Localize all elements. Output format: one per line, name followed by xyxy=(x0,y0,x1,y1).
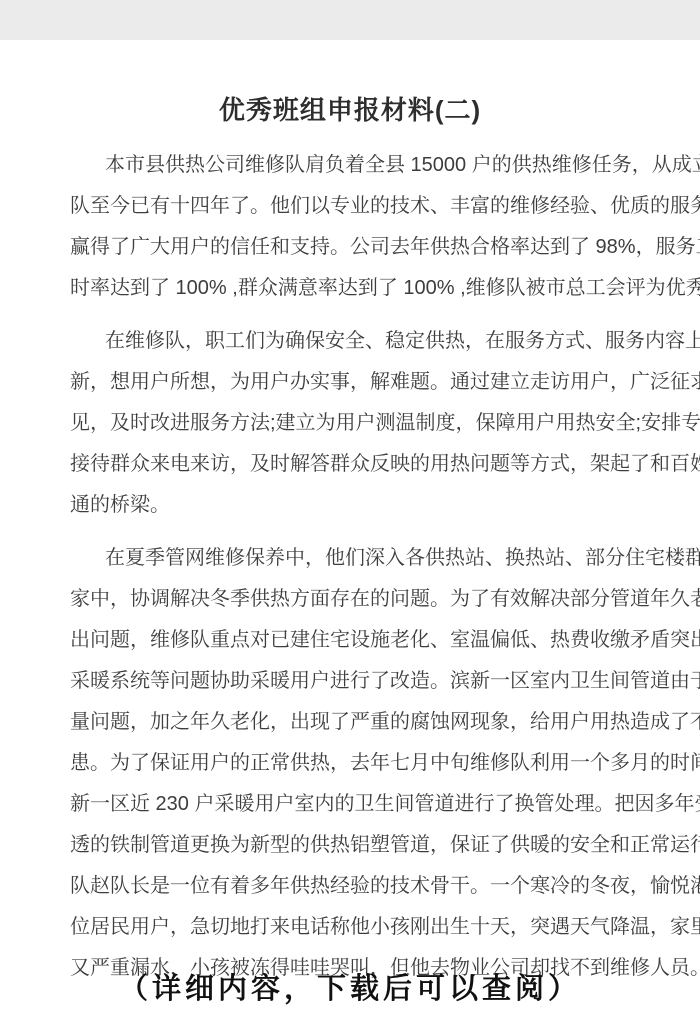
text-line: 采暖系统等问题协助采暖用户进行了改造。滨新一区室内卫生间管道由于材料质 xyxy=(70,661,630,702)
text-line: 量问题，加之年久老化，出现了严重的腐蚀网现象，给用户用热造成了不安全隐 xyxy=(70,702,630,743)
text-line: 接待群众来电来访，及时解答群众反映的用热问题等方式，架起了和百姓之间沟 xyxy=(70,444,630,485)
text-line: 赢得了广大用户的信任和支持。公司去年供热合格率达到了 98%，服务工作及 xyxy=(70,227,630,268)
footer-note: （详细内容，下载后可以查阅） xyxy=(0,974,700,1004)
text-line: 队赵队长是一位有着多年供热经验的技术骨干。一个寒冷的冬夜，愉悦港湾的一 xyxy=(70,866,630,907)
text-line: 出问题，维修队重点对已建住宅设施老化、室温偏低、热费收缴矛盾突出的室内 xyxy=(70,620,630,661)
paragraph: 在夏季管网维修保养中，他们深入各供热站、换热站、部分住宅楼群、居民家中，协调解决… xyxy=(70,538,630,989)
document-title: 优秀班组申报材料(二) xyxy=(0,93,700,127)
text-line: 在夏季管网维修保养中，他们深入各供热站、换热站、部分住宅楼群、居民 xyxy=(70,538,630,579)
paragraph: 在维修队，职工们为确保安全、稳定供热，在服务方式、服务内容上不断创新，想用户所想… xyxy=(70,321,630,526)
text-line: 通的桥梁。 xyxy=(70,485,630,526)
document-body: 本市县供热公司维修队肩负着全县 15000 户的供热维修任务，从成立维修队至今已… xyxy=(70,145,630,989)
text-line: 见，及时改进服务方法;建立为用户测温制度，保障用户用热安全;安排专人负责 xyxy=(70,403,630,444)
text-line: 时率达到了 100% ,群众满意率达到了 100% ,维修队被市总工会评为优秀班… xyxy=(70,268,630,309)
top-band xyxy=(0,0,700,40)
text-line: 位居民用户，急切地打来电话称他小孩刚出生十天，突遇天气降温，家里暖气片 xyxy=(70,907,630,948)
text-line: 新一区近 230 户采暖用户室内的卫生间管道进行了换管处理。把因多年受潮锈 xyxy=(70,784,630,825)
paragraph: 本市县供热公司维修队肩负着全县 15000 户的供热维修任务，从成立维修队至今已… xyxy=(70,145,630,309)
text-line: 在维修队，职工们为确保安全、稳定供热，在服务方式、服务内容上不断创 xyxy=(70,321,630,362)
text-line: 透的铁制管道更换为新型的供热铝塑管道，保证了供暖的安全和正常运行。维修 xyxy=(70,825,630,866)
text-line: 患。为了保证用户的正常供热，去年七月中旬维修队利用一个多月的时间，对滨 xyxy=(70,743,630,784)
document-page: 优秀班组申报材料(二) 本市县供热公司维修队肩负着全县 15000 户的供热维修… xyxy=(0,40,700,1030)
text-line: 队至今已有十四年了。他们以专业的技术、丰富的维修经验、优质的服务态度， xyxy=(70,186,630,227)
text-line: 家中，协调解决冬季供热方面存在的问题。为了有效解决部分管道年久老化等突 xyxy=(70,579,630,620)
text-line: 新，想用户所想，为用户办实事，解难题。通过建立走访用户，广泛征求用户意 xyxy=(70,362,630,403)
text-line: 本市县供热公司维修队肩负着全县 15000 户的供热维修任务，从成立维修 xyxy=(70,145,630,186)
